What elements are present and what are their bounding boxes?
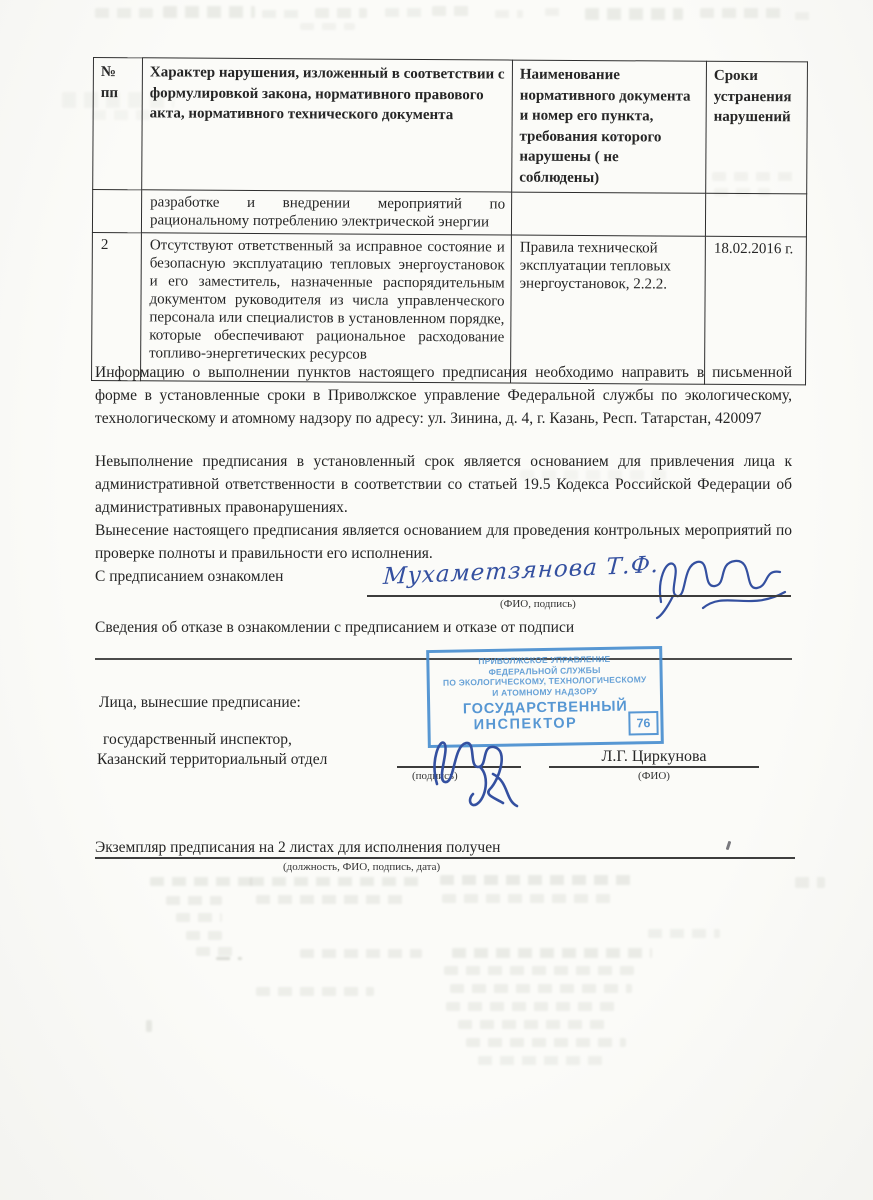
bleed-through-ghost	[256, 895, 406, 904]
refusal-statement: Сведения об отказе в ознакомлении с пред…	[95, 619, 574, 637]
bleed-through-ghost	[700, 8, 788, 18]
bleed-through-ghost	[186, 931, 222, 940]
cell-row-number	[92, 190, 141, 233]
issuer-position-line1: государственный инспектор,	[103, 731, 292, 749]
violations-table: № пп Характер нарушения, изложенный в со…	[91, 57, 808, 385]
inspector-signature-flourish	[423, 734, 535, 810]
receipt-statement: Экземпляр предписания на 2 листах для ис…	[95, 839, 500, 857]
bleed-through-ghost	[150, 877, 260, 886]
bleed-through-ghost	[442, 894, 612, 903]
cell-document-reference	[511, 192, 705, 236]
table-header-violation: Характер нарушения, изложенный в соответ…	[142, 58, 513, 192]
table-header-num: № пп	[93, 58, 143, 190]
bleed-through-ghost	[315, 8, 367, 18]
bleed-through-ghost	[262, 10, 300, 18]
acknowledgement-label: С предписанием ознакомлен	[95, 568, 283, 586]
bleed-through-ghost	[216, 957, 242, 960]
bleed-through-ghost	[432, 6, 476, 16]
bleed-through-ghost	[478, 1056, 608, 1065]
bleed-through-ghost	[585, 8, 683, 20]
acknowledgement-signature-flourish	[653, 550, 791, 620]
bleed-through-ghost	[163, 6, 255, 18]
cell-deadline	[705, 193, 806, 237]
scanned-document-page: № пп Характер нарушения, изложенный в со…	[0, 0, 873, 1200]
paragraph-info-submission: Информацию о выполнении пунктов настояще…	[95, 361, 792, 430]
bleed-through-ghost	[795, 12, 813, 20]
paragraph-liability: Невыполнение предписания в установленный…	[95, 450, 792, 519]
receipt-caption: (должность, ФИО, подпись, дата)	[283, 861, 440, 873]
bleed-through-ghost	[452, 948, 652, 958]
bleed-through-ghost	[385, 8, 425, 17]
bleed-through-ghost	[300, 949, 422, 958]
bleed-through-ghost	[795, 877, 825, 888]
bleed-through-ghost	[458, 1020, 610, 1029]
receipt-line	[95, 857, 795, 859]
bleed-through-ghost	[444, 966, 634, 975]
stamp-number-badge: 76	[628, 711, 658, 736]
table-header-document: Наименование нормативного документа и но…	[512, 60, 707, 193]
issuers-label: Лица, вынесшие предписание:	[99, 694, 301, 712]
bleed-through-ghost	[446, 1002, 622, 1011]
bleed-through-ghost	[300, 23, 355, 30]
bleed-through-ghost	[256, 987, 374, 996]
table-row: разработке и внедрении мероприятий по ра…	[92, 190, 806, 237]
inspector-name: Л.Г. Циркунова	[549, 748, 759, 766]
name-line	[549, 766, 759, 768]
bleed-through-ghost	[466, 1038, 626, 1047]
signature-line	[367, 595, 791, 597]
table-header-row: № пп Характер нарушения, изложенный в со…	[93, 58, 808, 194]
bleed-through-ghost	[146, 1020, 152, 1032]
issuer-position-line2: Казанский территориальный отдел	[97, 751, 327, 769]
bleed-through-ghost	[250, 877, 425, 886]
bleed-through-ghost	[648, 929, 720, 938]
bleed-through-ghost	[196, 947, 238, 956]
bleed-through-ghost	[176, 913, 222, 922]
table-header-deadline: Сроки устранения нарушений	[706, 61, 808, 194]
bleed-through-ghost	[450, 984, 632, 993]
name-caption: (ФИО)	[549, 770, 759, 782]
bleed-through-ghost	[545, 8, 563, 16]
signature-caption: (ФИО, подпись)	[500, 598, 576, 610]
bleed-through-ghost	[440, 875, 635, 885]
stamp-title-line2: ИНСПЕКТОР	[430, 715, 620, 734]
cell-violation-text: разработке и внедрении мероприятий по ра…	[141, 190, 511, 235]
bleed-through-ghost	[166, 896, 222, 905]
inspector-stamp: ПРИВОЛЖСКОЕ УПРАВЛЕНИЕ ФЕДЕРАЛЬНОЙ СЛУЖБ…	[426, 646, 664, 748]
bleed-through-ghost	[495, 10, 523, 18]
bleed-through-ghost	[95, 8, 153, 18]
pen-mark	[726, 841, 732, 850]
cell-row-number: 2	[92, 232, 142, 380]
